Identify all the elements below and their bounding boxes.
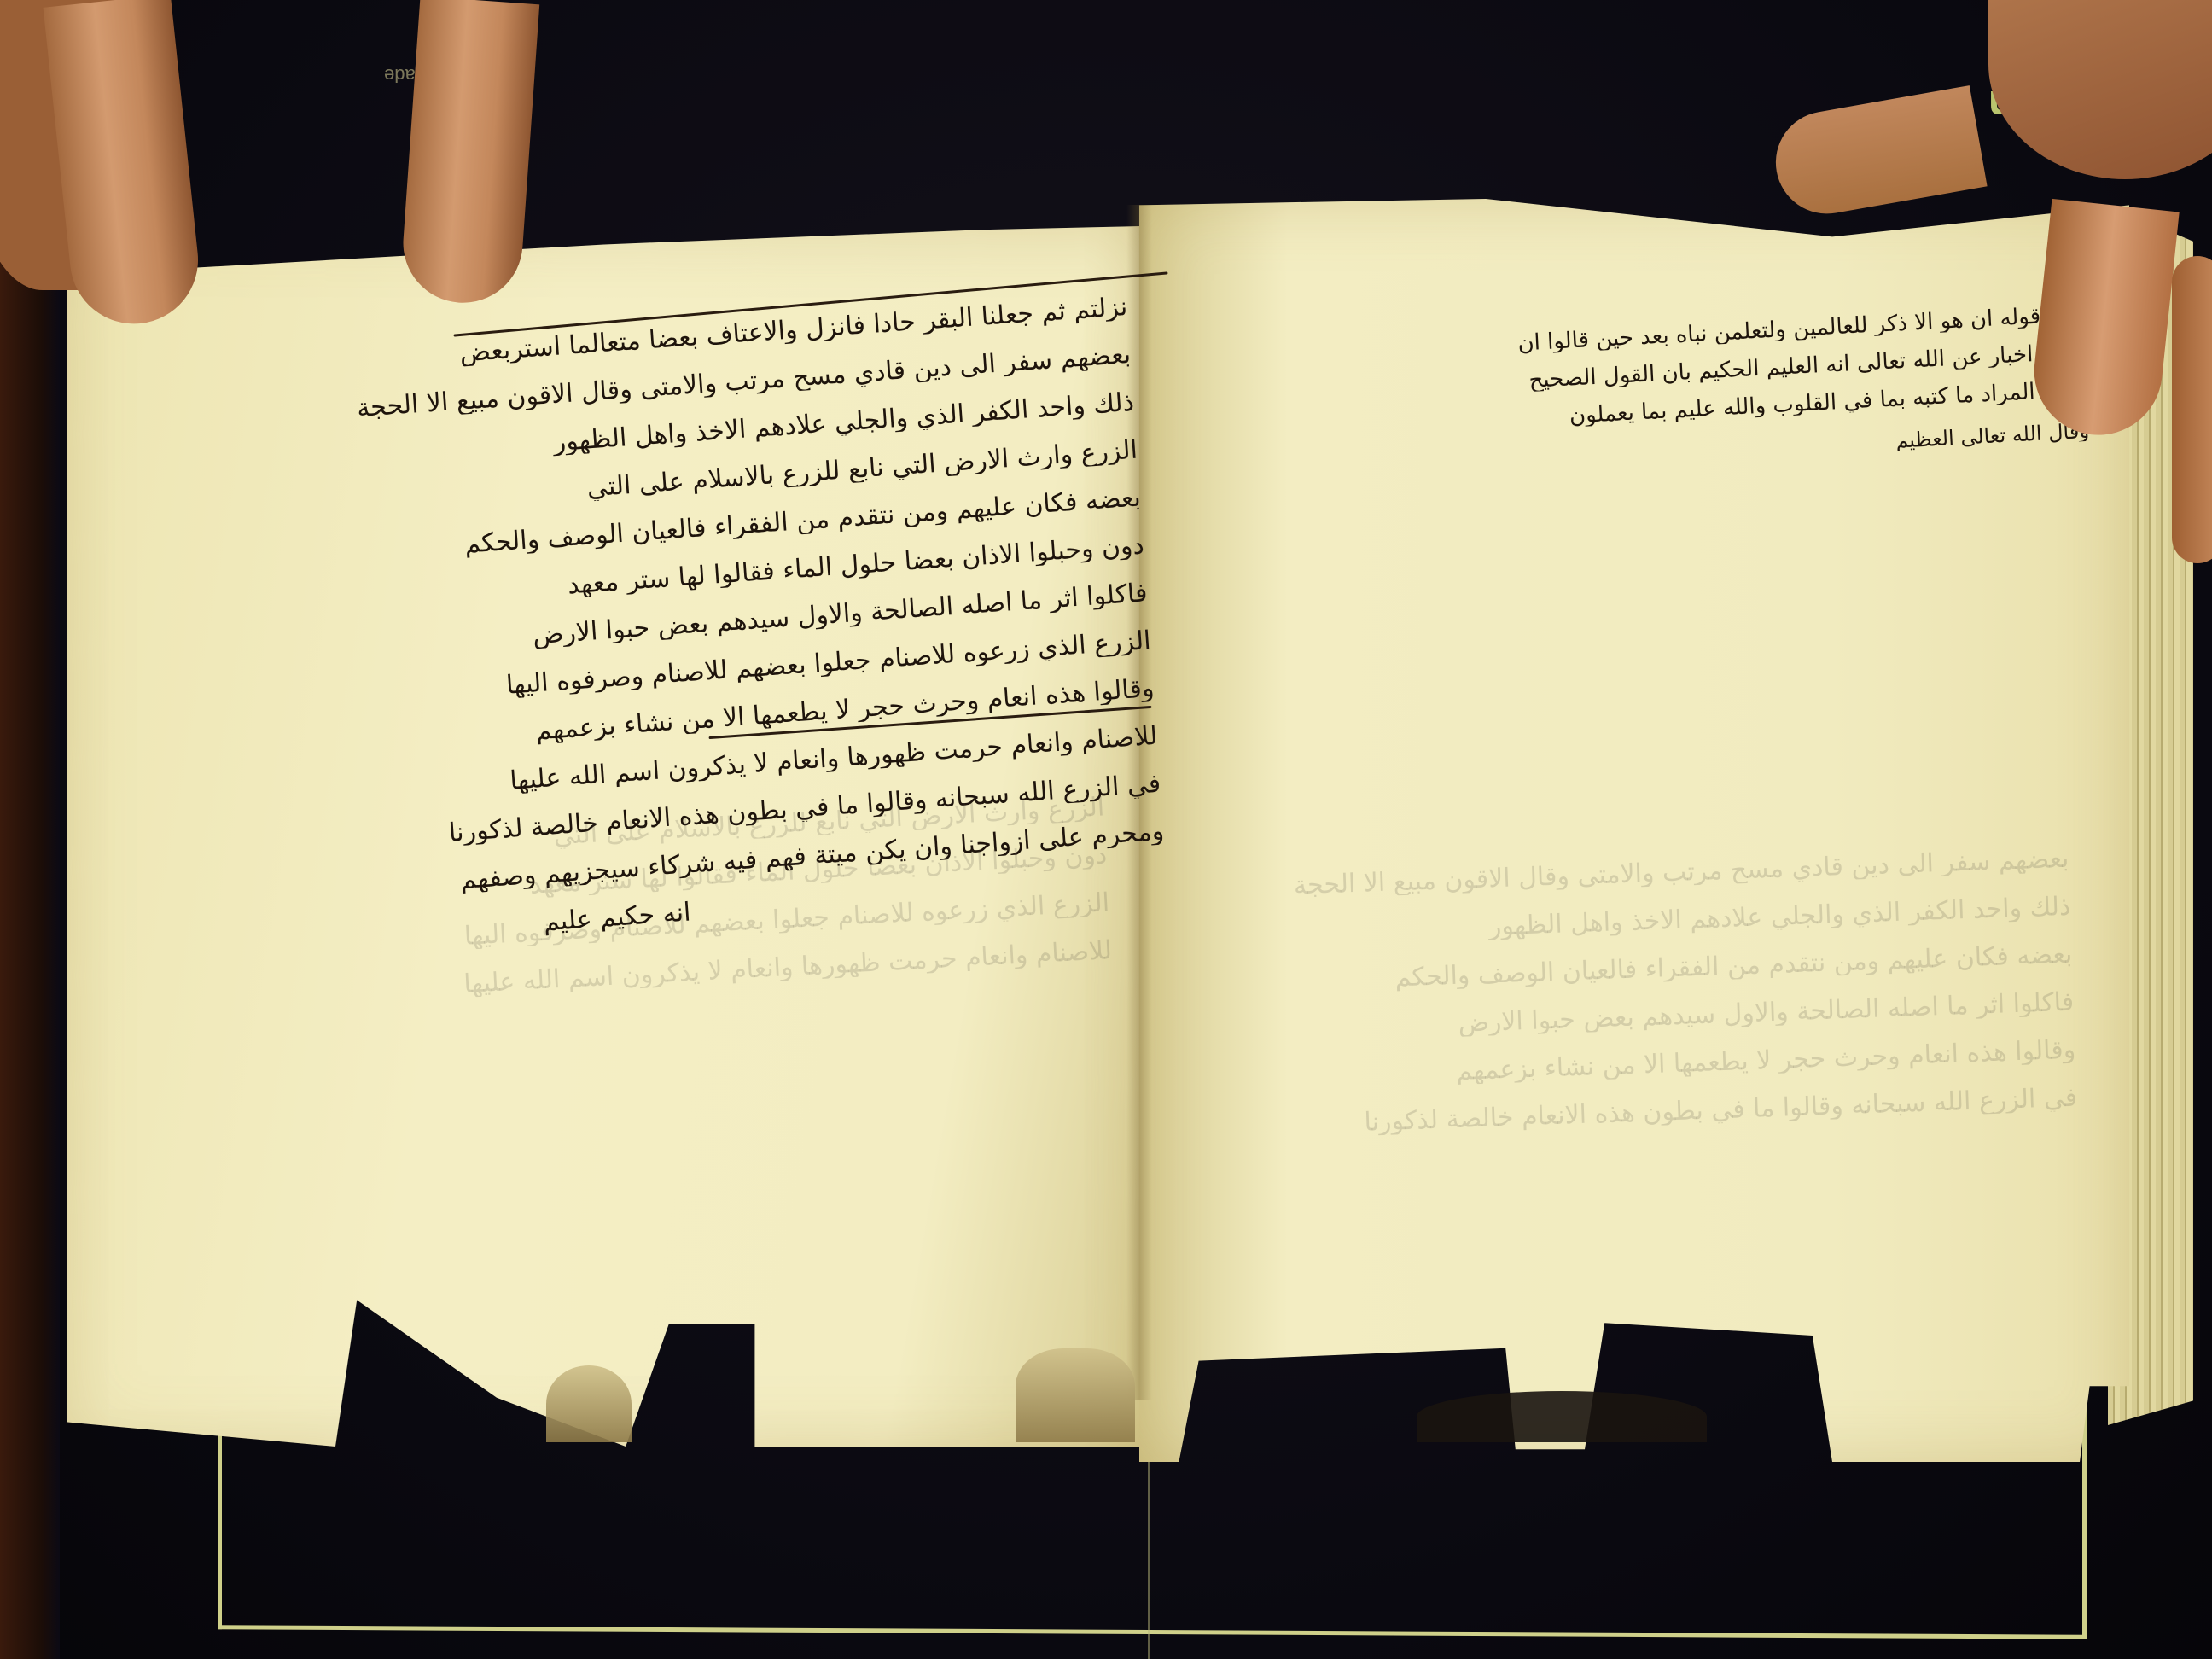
worm-damage-2 — [1016, 1348, 1135, 1442]
bleed-line: فاكلوا اثر ما اصله الصالحة والاول سيدهم … — [1178, 990, 2074, 1047]
bleed-line: في الزرع الله سبحانه وقالوا ما في بطون ه… — [1181, 1086, 2077, 1143]
board-divider-line — [1148, 1434, 1150, 1659]
bleed-line: ذلك واحد الكفر الذي والجلي علادهم الاخذ … — [1174, 894, 2070, 952]
manuscript-photo: Made han نزلتم ثم جعلنا البقر حادا فانزل… — [0, 0, 2212, 1659]
left-hand-thumb — [399, 0, 539, 306]
bleed-through-right: بعضهم سفر الى دين قادي مسح مرتب والامتى … — [1173, 847, 2078, 1164]
worm-damage-1 — [546, 1365, 632, 1442]
bleed-line: وقالوا هذه انعام وحرث حجر لا يطعمها الا … — [1179, 1038, 2075, 1095]
bleed-line: بعضه فكان عليهم ومن نتقدم من الفقراء فال… — [1176, 942, 2072, 999]
manuscript-line: وقال الله تعالى العظيم — [1867, 421, 2090, 453]
right-hand-edge — [2172, 256, 2212, 563]
table-edge — [0, 256, 60, 1659]
worm-damage-3 — [1417, 1391, 1707, 1442]
